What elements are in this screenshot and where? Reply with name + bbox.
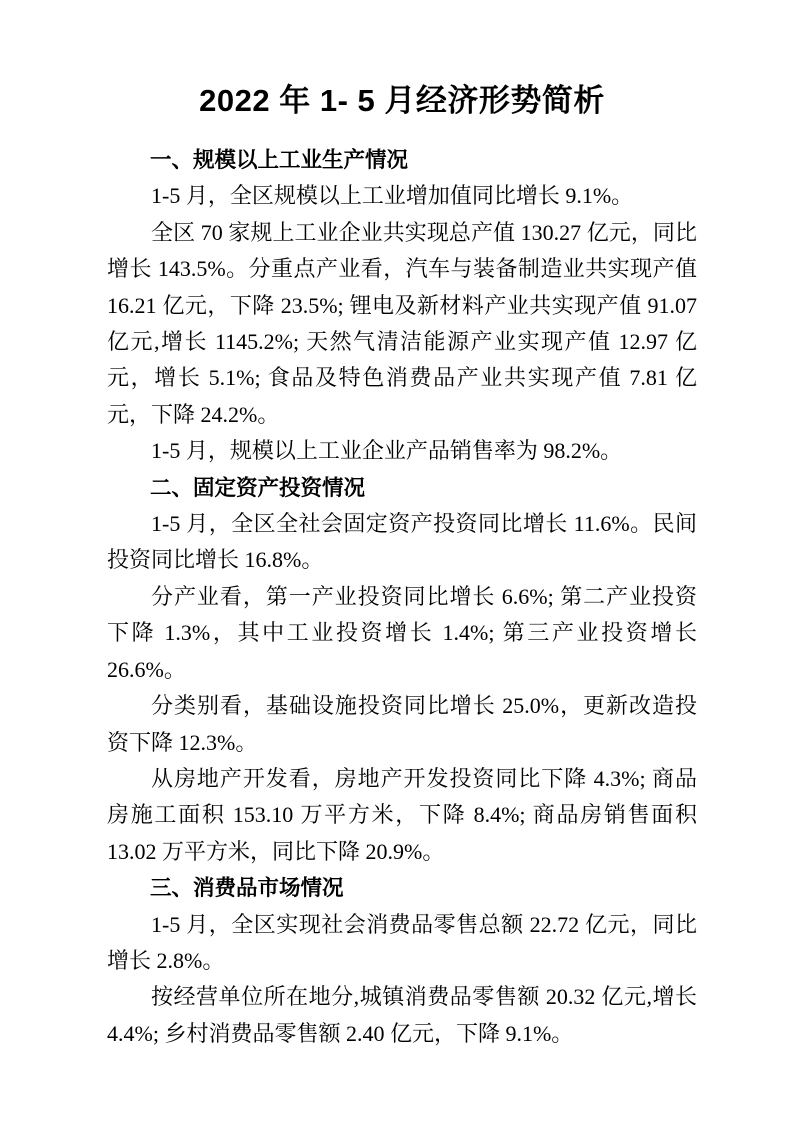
paragraph: 1-5 月，规模以上工业企业产品销售率为 98.2%。 [107,433,697,469]
document-title: 2022 年 1- 5 月经济形势简析 [107,78,697,124]
paragraph: 1-5 月，全区全社会固定资产投资同比增长 11.6%。民间投资同比增长 16.… [107,506,697,579]
document-page: 2022 年 1- 5 月经济形势简析 一、规模以上工业生产情况 1-5 月，全… [0,0,793,1122]
paragraph: 1-5 月，全区实现社会消费品零售总额 22.72 亿元，同比增长 2.8%。 [107,907,697,980]
document-content: 2022 年 1- 5 月经济形势简析 一、规模以上工业生产情况 1-5 月，全… [0,0,793,1052]
paragraph: 全区 70 家规上工业企业共实现总产值 130.27 亿元，同比增长 143.5… [107,215,697,433]
paragraph: 1-5 月，全区规模以上工业增加值同比增长 9.1%。 [107,178,697,214]
section-heading-consumer-market: 三、消费品市场情况 [107,870,697,906]
section-heading-fixed-asset-investment: 二、固定资产投资情况 [107,470,697,506]
paragraph: 按经营单位所在地分,城镇消费品零售额 20.32 亿元,增长 4.4%; 乡村消… [107,979,697,1052]
paragraph: 分类别看，基础设施投资同比增长 25.0%，更新改造投资下降 12.3%。 [107,688,697,761]
section-heading-industrial-production: 一、规模以上工业生产情况 [107,142,697,178]
paragraph: 从房地产开发看，房地产开发投资同比下降 4.3%; 商品房施工面积 153.10… [107,761,697,870]
paragraph: 分产业看，第一产业投资同比增长 6.6%; 第二产业投资下降 1.3%，其中工业… [107,579,697,688]
document-body: 一、规模以上工业生产情况 1-5 月，全区规模以上工业增加值同比增长 9.1%。… [107,142,697,1052]
